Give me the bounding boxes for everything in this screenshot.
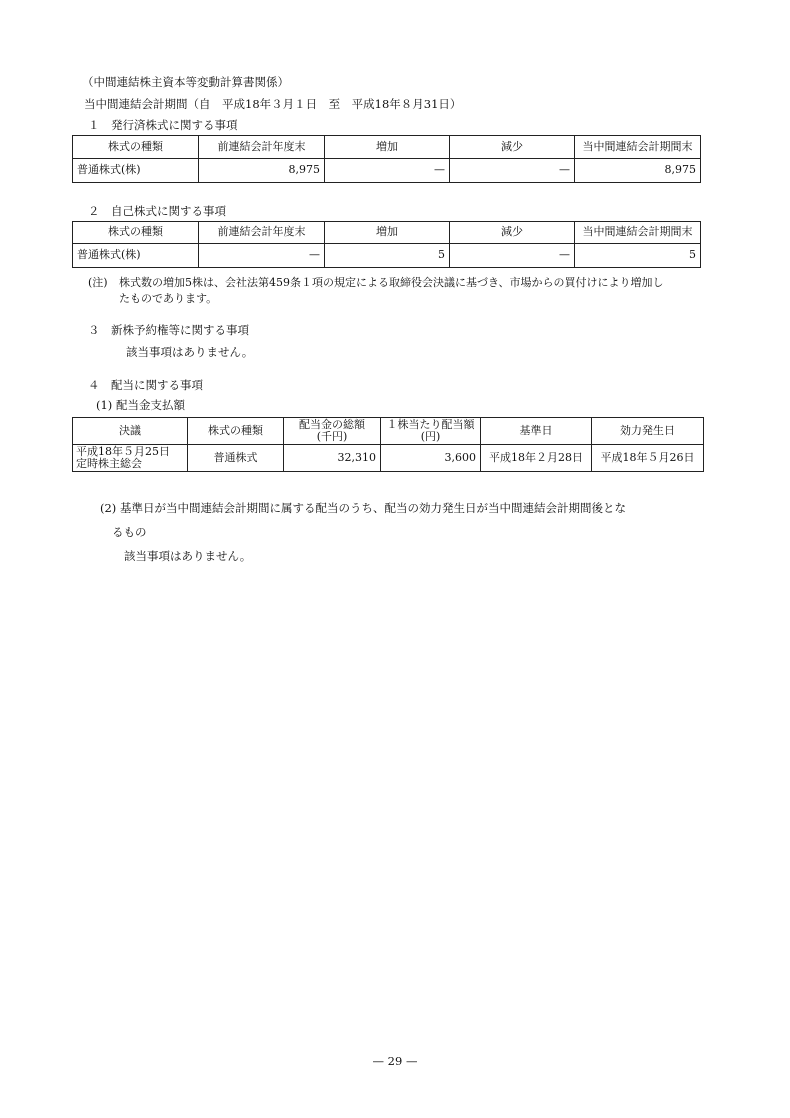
cell: 普通株式(株) [73,159,199,183]
table-header-row: 株式の種類 前連結会計年度末 増加 減少 当中間連結会計期間末 [73,222,701,244]
resolution-body: 定時株主総会 [76,457,142,470]
section-title: （中間連結株主資本等変動計算書関係） [82,74,289,90]
col-header: 前連結会計年度末 [199,136,325,159]
header-text: 株式の種類 [208,424,263,437]
note-line: たものであります。 [119,291,217,307]
table-header-row: 決議 株式の種類 配当金の総額(千円) １株当たり配当額(円) 基準日 効力発生… [73,418,704,445]
cell: 普通株式(株) [73,244,199,268]
cell: — [450,159,575,183]
section3-title: ３ 新株予約権等に関する事項 [88,322,249,338]
col-header: 増加 [325,222,450,244]
issued-shares-table: 株式の種類 前連結会計年度末 増加 減少 当中間連結会計期間末 普通株式(株) … [72,135,701,183]
col-header: 前連結会計年度末 [199,222,325,244]
cell-resolution: 平成18年５月25日定時株主総会 [73,445,188,472]
cell-record-date: 平成18年２月28日 [481,445,592,472]
page-number: — 29 — [0,1054,790,1068]
header-text: 決議 [119,424,141,437]
col-header-effective-date: 効力発生日 [592,418,704,445]
header-text: 効力発生日 [620,424,675,437]
cell-per-share: 3,600 [381,445,481,472]
cell: — [450,244,575,268]
section4-sub2-body: 該当事項はありません。 [124,548,251,564]
col-header: 当中間連結会計期間末 [575,136,701,159]
note-label: (注) [88,275,108,291]
cell: — [199,244,325,268]
cell: — [325,159,450,183]
cell: 5 [575,244,701,268]
header-unit: (千円) [317,430,348,443]
col-header: 株式の種類 [73,222,199,244]
col-header: 当中間連結会計期間末 [575,222,701,244]
header-text: 基準日 [520,424,553,437]
cell: 8,975 [575,159,701,183]
col-header-total: 配当金の総額(千円) [284,418,381,445]
cell-share-type: 普通株式 [188,445,284,472]
cell: 8,975 [199,159,325,183]
col-header-share-type: 株式の種類 [188,418,284,445]
treasury-shares-table: 株式の種類 前連結会計年度末 増加 減少 当中間連結会計期間末 普通株式(株) … [72,221,701,268]
cell-total: 32,310 [284,445,381,472]
section1-title: １ 発行済株式に関する事項 [88,117,238,133]
dividend-table: 決議 株式の種類 配当金の総額(千円) １株当たり配当額(円) 基準日 効力発生… [72,417,704,472]
cell: 5 [325,244,450,268]
section3-body: 該当事項はありません。 [126,344,253,360]
table-row: 普通株式(株) 8,975 — — 8,975 [73,159,701,183]
table-row: 普通株式(株) — 5 — 5 [73,244,701,268]
col-header: 株式の種類 [73,136,199,159]
header-unit: (円) [421,430,441,443]
col-header-per-share: １株当たり配当額(円) [381,418,481,445]
section4-sub2-title-cont: るもの [112,524,147,540]
col-header: 減少 [450,136,575,159]
section4-title: ４ 配当に関する事項 [88,377,203,393]
section2-title: ２ 自己株式に関する事項 [88,203,226,219]
cell-effective-date: 平成18年５月26日 [592,445,704,472]
col-header: 減少 [450,222,575,244]
table-row: 平成18年５月25日定時株主総会 普通株式 32,310 3,600 平成18年… [73,445,704,472]
section4-sub1-title: (1) 配当金支払額 [96,397,185,413]
col-header-record-date: 基準日 [481,418,592,445]
table-header-row: 株式の種類 前連結会計年度末 増加 減少 当中間連結会計期間末 [73,136,701,159]
note-line: 株式数の増加5株は、会社法第459条１項の規定による取締役会決議に基づき、市場か… [119,275,664,291]
section4-sub2-title: (2) 基準日が当中間連結会計期間に属する配当のうち、配当の効力発生日が当中間連… [100,500,626,516]
col-header: 増加 [325,136,450,159]
period-heading: 当中間連結会計期間（自 平成18年３月１日 至 平成18年８月31日） [84,96,461,112]
col-header-resolution: 決議 [73,418,188,445]
